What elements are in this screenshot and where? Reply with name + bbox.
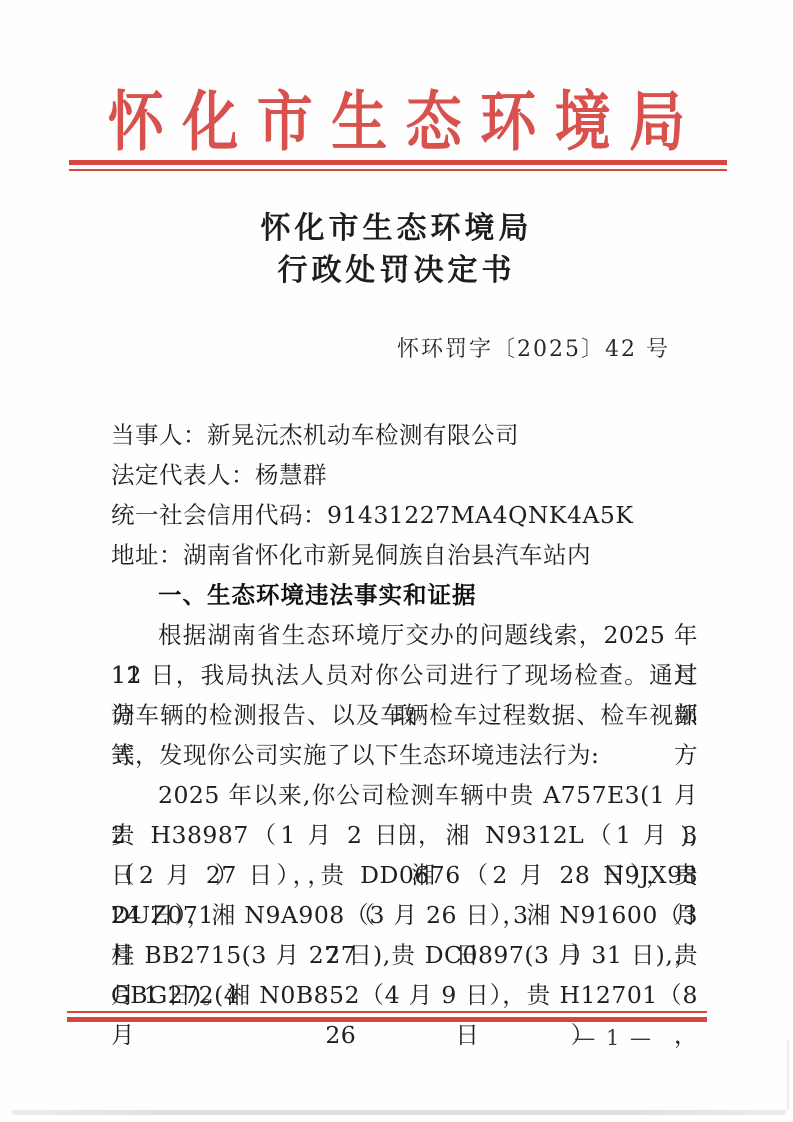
- credit-code-line: 统一社会信用代码：91431227MA4QNK4A5K: [111, 495, 698, 535]
- document-title-line2: 行政处罚决定书: [0, 250, 793, 292]
- body-line: 24 日），湘 N9A908（3 月 26 日），湘 N91600（3 月 27…: [111, 895, 698, 935]
- body-line: 根据湖南省生态环境厅交办的问题线索，2025 年 11 月: [111, 615, 698, 655]
- body-line: （2 月 27 日），贵 DD0676（2 月 28 日），贵 DUZ071（3…: [111, 855, 698, 895]
- footer-rule-thick: [67, 1017, 707, 1022]
- body-line: 12 日，我局执法人员对你公司进行了现场检查。通过调取部: [111, 655, 698, 695]
- address-line: 地址：湖南省怀化市新晃侗族自治县汽车站内: [111, 535, 698, 575]
- body-line: 月 1 日)。湘 N0B852（4 月 9 日），贵 H12701（8 月 26…: [111, 975, 698, 1015]
- letterhead-rule-thin: [69, 169, 727, 171]
- body-line: 贵 H38987（1 月 2 日），湘 N9312L（1 月 3 日），湘 N9…: [111, 815, 698, 855]
- body-line: 分车辆的检测报告、以及车辆检车过程数据、检车视频等方: [111, 695, 698, 735]
- document-body: 当事人：新晃沅杰机动车检测有限公司 法定代表人：杨慧群 统一社会信用代码：914…: [111, 415, 698, 1015]
- letterhead-text: 怀化市生态环境局: [108, 84, 704, 161]
- body-line: 桂 BB2715(3 月 27 日),贵 DC0897(3 月 31 日),贵 …: [111, 935, 698, 975]
- body-line: 2025 年以来,你公司检测车辆中贵 A757E3(1 月 2 日),: [111, 775, 698, 815]
- document-title-line1: 怀化市生态环境局: [0, 208, 793, 250]
- letterhead-rule-thick: [69, 160, 727, 165]
- footer-rule-thin: [67, 1011, 707, 1013]
- page-number: — 1 —: [574, 1024, 653, 1052]
- scan-page-edge-bottom: [12, 1110, 786, 1115]
- section-heading: 一、生态环境违法事实和证据: [111, 575, 698, 615]
- scan-page-edge-right: [787, 1040, 789, 1110]
- party-line: 当事人：新晃沅杰机动车检测有限公司: [111, 415, 698, 455]
- scanned-document-page: 怀化市生态环境局 怀化市生态环境局 行政处罚决定书 怀环罚字〔2025〕42 号…: [0, 0, 793, 1122]
- document-number: 怀环罚字〔2025〕42 号: [397, 334, 670, 366]
- legal-representative-line: 法定代表人：杨慧群: [111, 455, 698, 495]
